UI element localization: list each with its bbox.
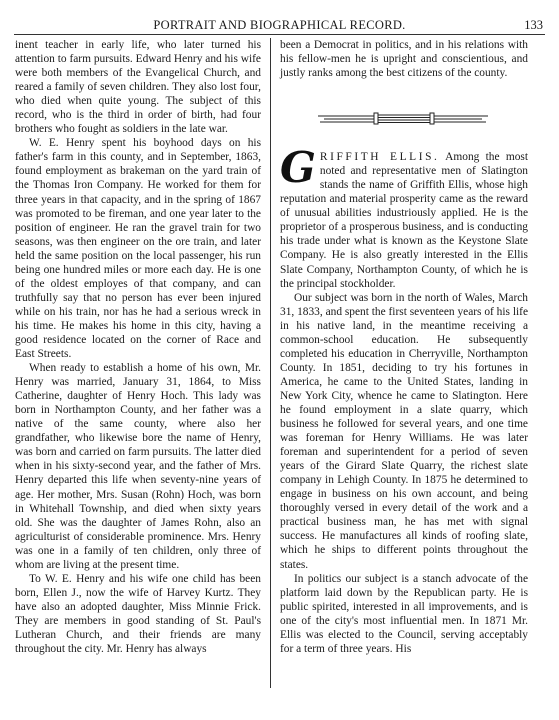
paragraph: inent teacher in early life, who later t…: [15, 38, 261, 136]
right-column: been a Democrat in politics, and in his …: [280, 38, 528, 656]
page-number: 133: [524, 18, 543, 33]
paragraph: been a Democrat in politics, and in his …: [280, 38, 528, 80]
page-title: PORTRAIT AND BIOGRAPHICAL RECORD.: [14, 18, 545, 33]
article-griffith-ellis: GRIFFITH ELLIS. Among the most noted and…: [280, 150, 528, 656]
drop-cap: G: [280, 150, 316, 188]
ornament-rule-icon: [316, 110, 492, 126]
article-first-paragraph: GRIFFITH ELLIS. Among the most noted and…: [280, 150, 528, 290]
paragraph-text: Among the most noted and representative …: [280, 151, 528, 289]
paragraph: W. E. Henry spent his boyhood days on hi…: [15, 136, 261, 361]
article-heading: RIFFITH ELLIS.: [320, 151, 440, 163]
header-rule: [14, 34, 545, 35]
paragraph: To W. E. Henry and his wife one child ha…: [15, 572, 261, 656]
paragraph: Our subject was born in the north of Wal…: [280, 291, 528, 572]
paragraph: In politics our subject is a stanch advo…: [280, 572, 528, 656]
paragraph: When ready to establish a home of his ow…: [15, 361, 261, 572]
column-divider: [270, 38, 271, 688]
running-header: PORTRAIT AND BIOGRAPHICAL RECORD. 133: [14, 16, 545, 34]
left-column: inent teacher in early life, who later t…: [15, 38, 261, 656]
